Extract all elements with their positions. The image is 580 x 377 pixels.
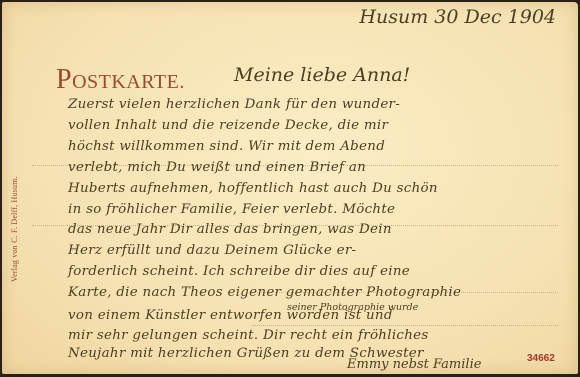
body-line: Zuerst vielen herzlichen Dank für den wu… [68, 97, 400, 112]
signature: Emmy nebst Familie [347, 357, 481, 372]
publisher-imprint: Verlag von C. F. Delff, Husum. [10, 176, 19, 282]
body-line: mir sehr gelungen scheint. Dir recht ein… [68, 328, 429, 343]
dotted-guide-line [252, 325, 558, 326]
interline-insertion: seiner Photographie wurde [287, 302, 418, 313]
body-line: das neue Jahr Dir alles das bringen, was… [68, 222, 392, 237]
body-line: Huberts aufnehmen, hoffentlich hast auch… [68, 181, 438, 196]
stamp-number: 34662 [527, 353, 555, 364]
body-line: verlebt, mich Du weißt und einen Brief a… [68, 160, 366, 175]
heading-rest: OSTKARTE. [72, 71, 185, 93]
body-line: forderlich scheint. Ich schreibe dir die… [68, 264, 410, 279]
date-line: Husum 30 Dec 1904 [359, 6, 556, 28]
body-line: höchst willkommen sind. Wir mit dem Aben… [68, 139, 385, 154]
postcard: Verlag von C. F. Delff, Husum. POSTKARTE… [2, 2, 578, 374]
heading-initial: P [56, 64, 72, 95]
salutation: Meine liebe Anna! [234, 64, 410, 86]
body-line: in so fröhlicher Familie, Feier verlebt.… [68, 202, 395, 217]
postkarte-heading: POSTKARTE. [56, 64, 185, 96]
body-line: Herz erfüllt und dazu Deinem Glücke er- [68, 243, 356, 258]
body-line: Karte, die nach Theos eigener gemachter … [68, 285, 461, 300]
body-line: vollen Inhalt und die reizende Decke, di… [68, 118, 388, 133]
